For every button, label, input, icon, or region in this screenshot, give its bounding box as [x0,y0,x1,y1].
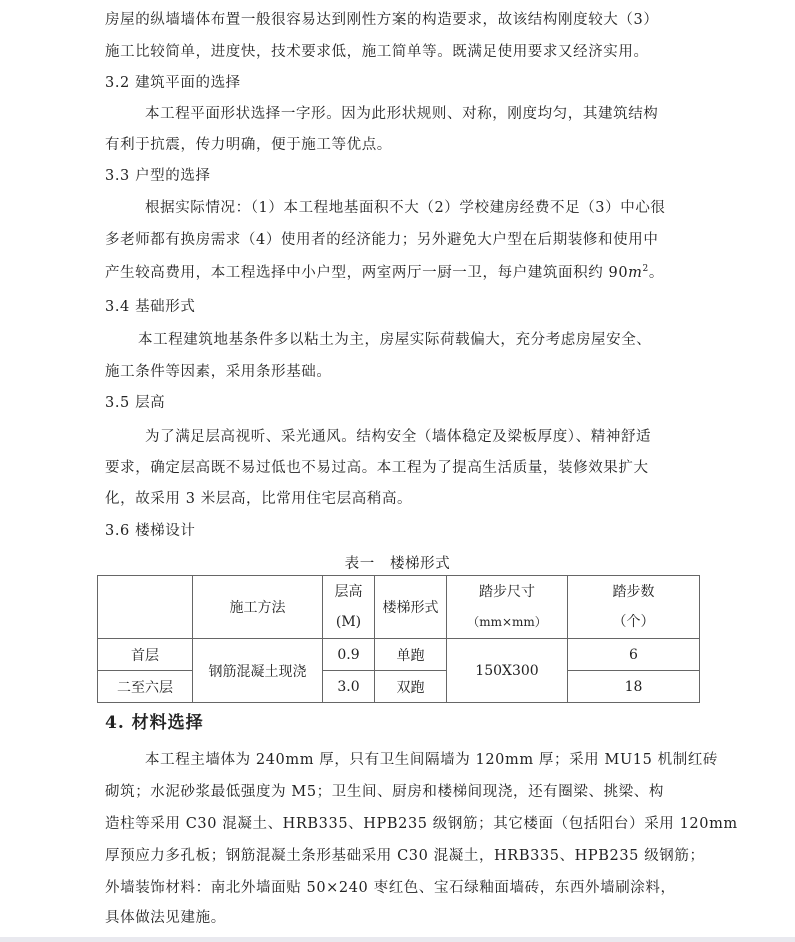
header-size-unit: （mm×mm） [447,607,567,637]
section-heading-4: 4. 材料选择 [105,713,204,733]
header-blank [98,576,193,639]
header-height: 层高(M) [323,576,375,639]
paragraph-line: 本工程建筑地基条件多以粘土为主，房屋实际荷载偏大，充分考虑房屋安全、 [138,330,651,350]
paragraph-line: 房屋的纵墙墙体布置一般很容易达到刚性方案的构造要求，故该结构刚度较大（3） [105,10,658,30]
area-unit: m [628,265,642,281]
paragraph-line: 造柱等采用 C30 混凝土、HRB335、HPB235 级钢筋；其它楼面（包括阳… [105,814,738,834]
cell-height: 0.9 [323,639,375,671]
section-heading-3-3: 3.3 户型的选择 [105,166,211,186]
paragraph-line: 根据实际情况：（1）本工程地基面积不大（2）学校建房经费不足（3）中心很 [145,198,666,218]
document-page: 房屋的纵墙墙体布置一般很容易达到刚性方案的构造要求，故该结构刚度较大（3） 施工… [0,0,795,937]
page-bottom-edge [0,937,795,942]
paragraph-line: 外墙装饰材料：南北外墙面贴 50×240 枣红色、宝石绿釉面墙砖，东西外墙刷涂料… [105,878,676,898]
header-size: 踏步尺寸（mm×mm） [447,576,568,639]
cell-form: 单跑 [375,639,447,671]
table-row: 首层 钢筋混凝土现浇 0.9 单跑 150X300 6 [98,639,700,671]
paragraph-line: 砌筑；水泥砂浆最低强度为 M5；卫生间、厨房和楼梯间现浇，还有圈梁、挑梁、构 [105,782,664,802]
section-heading-3-6: 3.6 楼梯设计 [105,521,195,541]
paragraph-line: 化，故采用 3 米层高，比常用住宅层高稍高。 [105,489,412,509]
paragraph-line: 有利于抗震，传力明确，便于施工等优点。 [105,135,392,155]
header-method: 施工方法 [193,576,323,639]
area-text: 产生较高费用，本工程选择中小户型，两室两厅一厨一卫，每户建筑面积约 90 [105,265,628,281]
cell-floor: 首层 [98,639,193,671]
table-caption: 表一 楼梯形式 [0,552,795,573]
paragraph-line: 本工程平面形状选择一字形。因为此形状规则、对称，刚度均匀，其建筑结构 [145,104,658,124]
header-height-label: 层高 [323,577,374,607]
header-count: 踏步数（个） [568,576,700,639]
header-count-unit: （个） [568,607,699,637]
paragraph-line: 本工程主墙体为 240mm 厚，只有卫生间隔墙为 120mm 厚；采用 MU15… [145,750,718,770]
header-height-unit: (M) [323,607,374,637]
table-row: 二至六层 3.0 双跑 18 [98,671,700,703]
header-form: 楼梯形式 [375,576,447,639]
paragraph-line: 多老师都有换房需求（4）使用者的经济能力；另外避免大户型在后期装修和使用中 [105,230,658,250]
paragraph-line: 厚预应力多孔板；钢筋混凝土条形基础采用 C30 混凝土，HRB335、HPB23… [105,846,705,866]
section-heading-3-5: 3.5 层高 [105,393,165,413]
area-tail: 。 [649,265,664,281]
paragraph-line: 施工条件等因素，采用条形基础。 [105,362,332,382]
stair-form-table: 施工方法 层高(M) 楼梯形式 踏步尺寸（mm×mm） 踏步数（个） 首层 钢筋… [97,575,700,703]
table-header-row: 施工方法 层高(M) 楼梯形式 踏步尺寸（mm×mm） 踏步数（个） [98,576,700,639]
section-heading-3-2: 3.2 建筑平面的选择 [105,73,241,93]
paragraph-line-area: 产生较高费用，本工程选择中小户型，两室两厅一厨一卫，每户建筑面积约 90m2。 [105,263,664,283]
paragraph-line: 施工比较简单，进度快，技术要求低，施工简单等。既满足使用要求又经济实用。 [105,42,649,62]
cell-count: 18 [568,671,700,703]
header-count-label: 踏步数 [568,577,699,607]
cell-count: 6 [568,639,700,671]
cell-height: 3.0 [323,671,375,703]
paragraph-line: 为了满足层高视听、采光通风。结构安全（墙体稳定及梁板厚度）、精神舒适 [145,427,651,447]
cell-form: 双跑 [375,671,447,703]
cell-size: 150X300 [447,639,568,703]
cell-method: 钢筋混凝土现浇 [193,639,323,703]
paragraph-line: 具体做法见建施。 [105,908,226,928]
header-size-label: 踏步尺寸 [447,577,567,607]
paragraph-line: 要求，确定层高既不易过低也不易过高。本工程为了提高生活质量，装修效果扩大 [105,458,649,478]
cell-floor: 二至六层 [98,671,193,703]
section-heading-3-4: 3.4 基础形式 [105,297,195,317]
